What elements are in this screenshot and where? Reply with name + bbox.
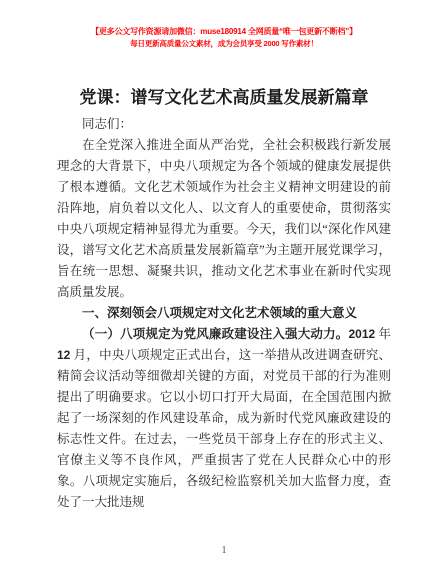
page-title: 党课：谱写文化艺术高质量发展新篇章 — [0, 86, 448, 110]
promo-line-1: 【更多公文写作资源请加微信：muse180914 全网质量“唯一包更新不断档”】 — [0, 25, 448, 38]
document-page: 【更多公文写作资源请加微信：muse180914 全网质量“唯一包更新不断档”】… — [0, 0, 448, 580]
section-1-heading: 一、深刻领会八项规定对文化艺术领域的重大意义 — [57, 303, 391, 324]
page-number: 1 — [0, 545, 448, 556]
year-unit: 年 — [375, 327, 391, 341]
subsection-1-text: 月，中央八项规定正式出台，这一举措从改进调查研究、精简会议活动等细微却关键的方面… — [57, 348, 391, 509]
month-number: 12 — [57, 348, 70, 362]
year-number: 2012 — [348, 327, 375, 341]
salutation: 同志们： — [57, 114, 391, 135]
promo-line-2: 每日更新高质量公文素材，成为会员享受 2000 写作素材！ — [0, 38, 448, 50]
intro-paragraph: 在全党深入推进全面从严治党，全社会积极践行新发展理念的大背景下，中央八项规定为各… — [57, 135, 391, 303]
promo-banner: 【更多公文写作资源请加微信：muse180914 全网质量“唯一包更新不断档”】… — [0, 0, 448, 50]
document-body: 同志们： 在全党深入推进全面从严治党，全社会积极践行新发展理念的大背景下，中央八… — [57, 114, 391, 513]
subsection-1-paragraph: （一）八项规定为党风廉政建设注入强大动力。2012 年 12 月，中央八项规定正… — [57, 324, 391, 513]
subsection-1-lead: （一）八项规定为党风廉政建设注入强大动力。 — [82, 327, 348, 341]
